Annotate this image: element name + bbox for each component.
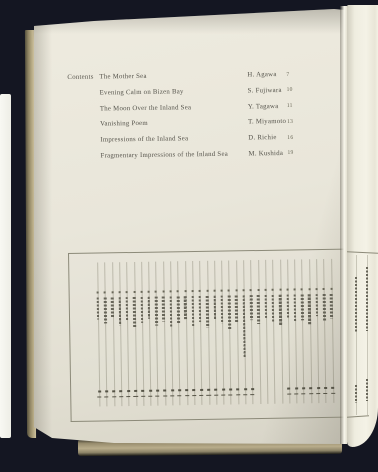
- column-bottom-dash: [287, 394, 291, 395]
- column-bottom-dash: [163, 395, 167, 396]
- vertical-japanese-text: [111, 297, 114, 317]
- column-rule-line: [134, 262, 137, 406]
- column-bottom-mark: [193, 389, 196, 391]
- vertical-japanese-text: [126, 297, 129, 321]
- column-bottom-mark: [185, 389, 188, 391]
- column-bottom-mark: [331, 387, 334, 389]
- column-bottom-dash: [207, 395, 211, 396]
- column-rule-line: [323, 259, 326, 403]
- column-rule-line: [258, 260, 261, 404]
- column-bottom-mark: [163, 389, 166, 391]
- page-fold-highlight: [340, 6, 347, 444]
- column-bottom-mark: [324, 387, 327, 389]
- column-bottom-mark: [295, 387, 298, 389]
- column-number-mark: [323, 288, 325, 290]
- vertical-japanese-text: [330, 294, 333, 319]
- vertical-japanese-text: [235, 295, 238, 322]
- column-bottom-mark: [287, 388, 290, 390]
- column-number-mark: [213, 290, 215, 292]
- column-bottom-mark: [171, 389, 174, 391]
- book-open-page: ContentsThe Mother SeaH. Agawa7Evening C…: [34, 8, 345, 445]
- entry-author: H. Agawa: [247, 72, 276, 79]
- vertical-japanese-text: [257, 295, 260, 324]
- column-number-mark: [184, 290, 186, 292]
- vertical-japanese-text: [308, 294, 311, 324]
- vertical-japanese-text: [169, 296, 172, 327]
- column-number-mark: [316, 288, 318, 290]
- column-number-mark: [104, 291, 106, 293]
- column-bottom-mark: [178, 389, 181, 391]
- vertical-japanese-text: [228, 295, 231, 329]
- vertical-japanese-text: [133, 297, 136, 327]
- column-bottom-dash: [177, 395, 181, 396]
- column-bottom-dash: [148, 396, 152, 397]
- column-bottom-mark: [317, 387, 320, 389]
- column-rule-line: [119, 262, 122, 406]
- column-bottom-mark: [214, 389, 217, 391]
- column-bottom-dash: [243, 394, 247, 395]
- column-number-mark: [133, 291, 135, 293]
- vertical-japanese-text: [147, 297, 150, 319]
- column-bottom-mark: [207, 389, 210, 391]
- vertical-japanese-text: [355, 277, 358, 333]
- column-bottom-dash: [214, 395, 218, 396]
- column-rule-line: [280, 260, 283, 404]
- column-bottom-dash: [309, 393, 313, 394]
- column-bottom-mark: [200, 389, 203, 391]
- column-number-mark: [140, 291, 142, 293]
- vertical-japanese-text: [177, 296, 180, 323]
- column-rule-line: [148, 262, 151, 406]
- column-number-mark: [235, 289, 237, 291]
- vertical-japanese-text: [191, 296, 194, 326]
- column-bottom-dash: [192, 395, 196, 396]
- column-bottom-dash: [156, 396, 160, 397]
- page-top-shadow: [34, 8, 345, 34]
- column-bottom-mark: [141, 390, 144, 392]
- entry-page-number: 11: [287, 104, 293, 110]
- column-rule-line: [294, 259, 297, 403]
- column-number-mark: [330, 288, 332, 290]
- column-rule-line: [214, 261, 217, 405]
- column-number-mark: [97, 292, 99, 294]
- column-bottom-mark: [156, 390, 159, 392]
- entry-title: Fragmentary Impressions of the Inland Se…: [100, 152, 228, 161]
- column-number-mark: [118, 291, 120, 293]
- column-bottom-dash: [97, 396, 101, 397]
- entry-author: Y. Tagawa: [248, 104, 279, 111]
- entry-title: Vanishing Poem: [100, 121, 148, 128]
- vertical-japanese-text: [96, 298, 99, 320]
- column-rule-line: [265, 260, 268, 404]
- vertical-japanese-text: [279, 295, 282, 326]
- column-number-mark: [264, 289, 266, 291]
- column-number-mark: [257, 289, 259, 291]
- column-rule-line: [236, 260, 239, 404]
- entry-page-number: 16: [287, 136, 293, 142]
- column-bottom-dash: [331, 393, 335, 394]
- column-number-mark: [126, 291, 128, 293]
- column-bottom-mark: [229, 388, 232, 390]
- column-rule-line: [302, 259, 305, 403]
- column-number-mark: [272, 289, 274, 291]
- column-rule-line: [126, 262, 129, 406]
- vertical-japanese-text: [323, 294, 326, 321]
- column-number-mark: [170, 290, 172, 292]
- column-bottom-mark: [222, 389, 225, 391]
- column-rule-line: [141, 262, 144, 406]
- column-rule-line: [331, 259, 334, 403]
- column-bottom-dash: [323, 393, 327, 394]
- column-number-mark: [206, 290, 208, 292]
- column-number-mark: [155, 291, 157, 293]
- column-number-mark: [228, 289, 230, 291]
- column-bottom-mark: [236, 388, 239, 390]
- column-rule-line: [170, 261, 173, 405]
- table-border-continuation-bottom: [347, 415, 369, 418]
- entry-page-number: 7: [286, 72, 289, 78]
- column-number-mark: [162, 290, 164, 292]
- vertical-japanese-text: [199, 296, 202, 322]
- entry-author: T. Miyamoto: [248, 119, 286, 126]
- column-bottom-mark: [251, 388, 254, 390]
- column-number-mark: [177, 290, 179, 292]
- column-bottom-dash: [134, 396, 138, 397]
- vertical-japanese-text: [206, 296, 209, 328]
- entry-author: S. Fujiwara: [248, 88, 282, 95]
- vertical-japanese-text: [104, 297, 107, 323]
- book-photo-scene: ContentsThe Mother SeaH. Agawa7Evening C…: [0, 0, 378, 472]
- vertical-japanese-text: [162, 296, 165, 321]
- column-bottom-dash: [104, 396, 108, 397]
- vertical-japanese-text: [242, 295, 246, 357]
- column-rule-line: [287, 260, 290, 404]
- column-rule-line: [207, 261, 210, 405]
- entry-author: M. Kushida: [248, 151, 283, 158]
- column-number-mark: [199, 290, 201, 292]
- column-bottom-dash: [294, 393, 298, 394]
- vertical-japanese-text: [118, 297, 121, 325]
- column-rule-line: [199, 261, 202, 405]
- column-number-mark: [286, 289, 288, 291]
- entry-author: D. Richie: [248, 135, 276, 142]
- column-bottom-mark: [149, 390, 152, 392]
- vertical-japanese-text: [213, 296, 216, 320]
- column-number-mark: [221, 290, 223, 292]
- column-bottom-mark: [127, 390, 130, 392]
- column-bottom-mark: [112, 390, 115, 392]
- column-bottom-dash: [185, 395, 189, 396]
- entry-title: The Moon Over the Inland Sea: [100, 105, 191, 113]
- column-bottom-mark: [98, 391, 101, 393]
- column-bottom-dash: [126, 396, 130, 397]
- vertical-japanese-text: [220, 296, 223, 324]
- vertical-japanese-text: [264, 295, 267, 318]
- column-bottom-dash: [302, 393, 306, 394]
- photo-white-edge: [0, 94, 11, 438]
- column-rule-line: [163, 261, 166, 405]
- column-number-mark: [294, 288, 296, 290]
- column-number-mark: [191, 290, 193, 292]
- column-rule-line: [177, 261, 180, 405]
- column-bottom-mark: [105, 390, 108, 392]
- column-number-mark: [308, 288, 310, 290]
- column-bottom-dash: [229, 394, 233, 395]
- column-bottom-mark: [302, 387, 305, 389]
- contents-block: ContentsThe Mother SeaH. Agawa7Evening C…: [67, 68, 348, 167]
- vertical-japanese-text: [155, 297, 158, 326]
- column-bottom-dash: [199, 395, 203, 396]
- curled-next-page: [347, 5, 378, 447]
- column-rule-line: [316, 259, 319, 403]
- column-rule-line: [250, 260, 253, 404]
- column-bottom-mark: [244, 388, 247, 390]
- column-rule-line: [97, 263, 100, 407]
- column-number-mark: [111, 291, 113, 293]
- entry-title: Impressions of the Inland Sea: [100, 137, 188, 145]
- entry-title: Evening Calm on Bizen Bay: [100, 89, 184, 97]
- plate-index-table: [68, 249, 350, 422]
- table-border-continuation-top: [347, 251, 378, 254]
- vertical-japanese-text: [355, 385, 358, 403]
- column-bottom-dash: [221, 395, 225, 396]
- column-rule-line: [112, 262, 115, 406]
- vertical-japanese-text: [315, 294, 318, 316]
- contents-row: Fragmentary Impressions of the Inland Se…: [68, 147, 348, 167]
- column-bottom-dash: [316, 393, 320, 394]
- column-bottom-mark: [309, 387, 312, 389]
- column-number-mark: [279, 289, 281, 291]
- column-rule-line: [309, 259, 312, 403]
- column-rule-line: [229, 260, 232, 404]
- column-bottom-dash: [119, 396, 123, 397]
- column-bottom-mark: [134, 390, 137, 392]
- entry-page-number: 13: [287, 120, 293, 126]
- vertical-japanese-text: [250, 295, 253, 320]
- column-number-mark: [301, 288, 303, 290]
- column-bottom-mark: [120, 390, 123, 392]
- entry-page-number: 10: [287, 88, 293, 94]
- vertical-japanese-text: [366, 379, 369, 401]
- vertical-japanese-text: [140, 297, 143, 323]
- entry-title: The Mother Sea: [99, 74, 146, 81]
- column-rule-line: [104, 262, 107, 406]
- column-rule-line: [192, 261, 195, 405]
- column-number-mark: [243, 289, 245, 291]
- column-number-mark: [148, 291, 150, 293]
- column-rule-line: [185, 261, 188, 405]
- page-gutter-shadow: [34, 8, 52, 445]
- column-bottom-dash: [170, 395, 174, 396]
- vertical-japanese-text: [184, 296, 187, 319]
- vertical-japanese-text: [272, 295, 275, 322]
- column-bottom-dash: [250, 394, 254, 395]
- column-rule-line: [221, 261, 224, 405]
- column-rule-line: [272, 260, 275, 404]
- contents-label: Contents: [67, 75, 93, 82]
- column-rule-line: [156, 262, 159, 406]
- column-number-mark: [250, 289, 252, 291]
- vertical-japanese-text: [366, 267, 369, 331]
- entry-page-number: 19: [287, 151, 293, 157]
- vertical-japanese-text: [293, 294, 296, 322]
- vertical-japanese-text: [301, 294, 304, 320]
- column-bottom-dash: [112, 396, 116, 397]
- vertical-japanese-text: [286, 295, 289, 319]
- column-bottom-dash: [141, 396, 145, 397]
- column-bottom-dash: [236, 394, 240, 395]
